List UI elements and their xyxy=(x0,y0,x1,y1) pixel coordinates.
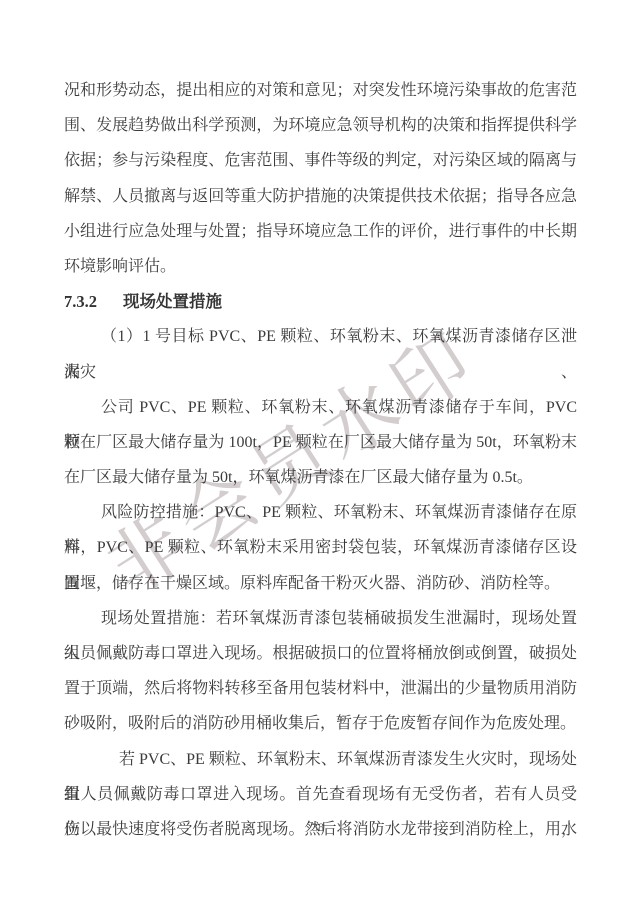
paragraph-line: 现场处置措施：若环氧煤沥青漆包装桶破损发生泄漏时，现场处置组 xyxy=(64,601,577,636)
paragraph-line: 置于顶端，然后将物料转移至备用包装材料中，泄漏出的少量物质用消防 xyxy=(64,671,577,706)
paragraph-line: 砂吸附，吸附后的消防砂用桶收集后，暂存于危废暂存间作为危废处理。 xyxy=(64,706,577,741)
section-number: 7.3.2 xyxy=(64,292,97,311)
paragraph-line: 若 PVC、PE 颗粒、环氧粉末、环氧煤沥青漆发生火灾时，现场处置 xyxy=(64,742,577,777)
paragraph-line: 况和形势动态，提出相应的对策和意见；对突发性环境污染事故的危害范 xyxy=(64,73,577,108)
paragraph-line: 围堰，储存在干燥区域。原料库配备干粉灭火器、消防砂、消防栓等。 xyxy=(64,566,577,601)
paragraph-line: 人员佩戴防毒口罩进入现场。根据破损口的位置将桶放倒或倒置，破损处 xyxy=(64,636,577,671)
paragraph-line: （1）1 号目标 PVC、PE 颗粒、环氧粉末、环氧煤沥青漆储存区泄漏、 xyxy=(64,319,577,354)
paragraph-line: 组人员佩戴防毒口罩进入现场。首先查看现场有无受伤者，若有人员受伤， xyxy=(64,777,577,812)
section-title: 现场处置措施 xyxy=(123,292,222,311)
paragraph-line: 环境影响评估。 xyxy=(64,249,577,284)
paragraph-line: 小组进行应急处理与处置；指导环境应急工作的评价，进行事件的中长期 xyxy=(64,214,577,249)
paragraph-line: 解禁、人员撤离与返回等重大防护措施的决策提供技术依据；指导各应急 xyxy=(64,179,577,214)
paragraph-line: 在厂区最大储存量为 50t，环氧煤沥青漆在厂区最大储存量为 0.5t。 xyxy=(64,460,577,495)
paragraph-line: 依据；参与污染程度、危害范围、事件等级的判定，对污染区域的隔离与 xyxy=(64,143,577,178)
text-block: 况和形势动态，提出相应的对策和意见；对突发性环境污染事故的危害范 围、发展趋势做… xyxy=(64,73,577,847)
paragraph-line: 粒在厂区最大储存量为 100t，PE 颗粒在厂区最大储存量为 50t，环氧粉末 xyxy=(64,425,577,460)
section-heading: 7.3.2现场处置措施 xyxy=(64,284,577,319)
paragraph-line: 围、发展趋势做出科学预测，为环境应急领导机构的决策和指挥提供科学 xyxy=(64,108,577,143)
page-number: 38 xyxy=(0,820,636,835)
document-page: 非会员水印 况和形势动态，提出相应的对策和意见；对突发性环境污染事故的危害范 围… xyxy=(0,0,636,900)
paragraph-line: 公司 PVC、PE 颗粒、环氧粉末、环氧煤沥青漆储存于车间，PVC 颗 xyxy=(64,390,577,425)
paragraph-line: 库，PVC、PE 颗粒、环氧粉末采用密封袋包装，环氧煤沥青漆储存区设置 xyxy=(64,530,577,565)
paragraph-line: 风险防控措施：PVC、PE 颗粒、环氧粉末、环氧煤沥青漆储存在原料 xyxy=(64,495,577,530)
